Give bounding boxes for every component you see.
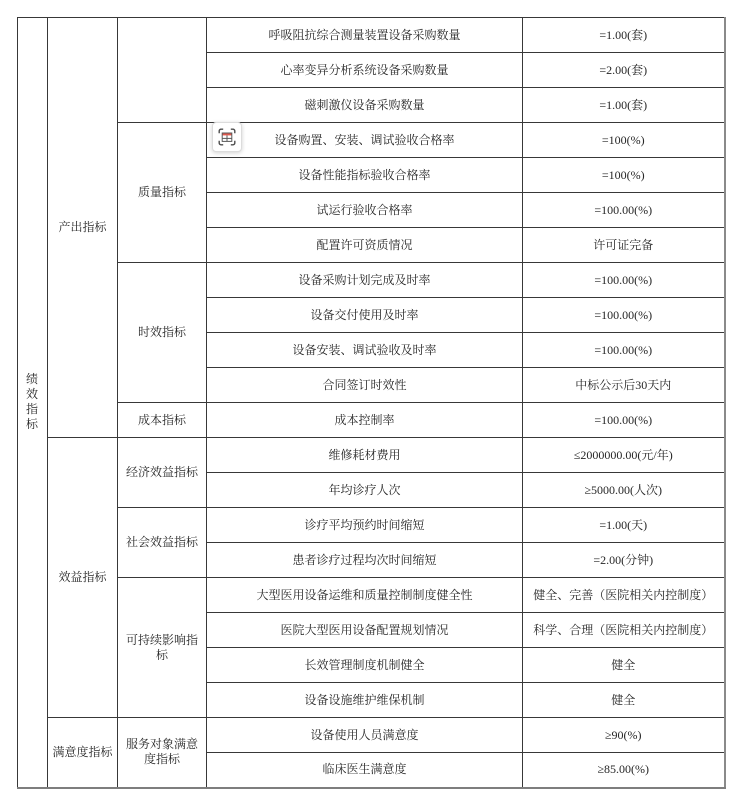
indicator-name-cell: 试运行验收合格率 xyxy=(207,193,523,228)
table-row: 满意度指标 服务对象满意度指标 设备使用人员满意度 ≥90(%) xyxy=(18,718,725,753)
level3-cell-quantity-empty xyxy=(118,18,207,123)
target-value-cell: =1.00(天) xyxy=(523,508,725,543)
indicator-name-cell: 医院大型医用设备配置规划情况 xyxy=(207,613,523,648)
target-value-cell: 科学、合理（医院相关内控制度） xyxy=(523,613,725,648)
indicator-name-cell: 设备购置、安装、调试验收合格率 xyxy=(207,123,523,158)
target-value-cell: 许可证完备 xyxy=(523,228,725,263)
level3-cell-timeliness: 时效指标 xyxy=(118,263,207,403)
table-row: 时效指标 设备采购计划完成及时率 =100.00(%) xyxy=(18,263,725,298)
level1-cell-performance: 绩效指标 xyxy=(18,18,48,788)
target-value-cell: =2.00(分钟) xyxy=(523,543,725,578)
indicator-name-cell: 设备设施维护维保机制 xyxy=(207,683,523,718)
target-value-cell: =100(%) xyxy=(523,158,725,193)
level3-cell-sustainability: 可持续影响指标 xyxy=(118,578,207,718)
table-row: 质量指标 设备购置、安装、调试验收合格率 =100(%) xyxy=(18,123,725,158)
target-value-cell: 健全 xyxy=(523,683,725,718)
target-value-cell: =100(%) xyxy=(523,123,725,158)
indicator-name-cell: 大型医用设备运维和质量控制制度健全性 xyxy=(207,578,523,613)
target-value-cell: =2.00(套) xyxy=(523,53,725,88)
table-row: 可持续影响指标 大型医用设备运维和质量控制制度健全性 健全、完善（医院相关内控制… xyxy=(18,578,725,613)
indicator-name-cell: 临床医生满意度 xyxy=(207,753,523,788)
indicator-name-cell: 设备交付使用及时率 xyxy=(207,298,523,333)
target-value-cell: ≥90(%) xyxy=(523,718,725,753)
indicator-name-cell: 维修耗材费用 xyxy=(207,438,523,473)
indicator-name-cell: 呼吸阻抗综合测量装置设备采购数量 xyxy=(207,18,523,53)
table-row: 社会效益指标 诊疗平均预约时间缩短 =1.00(天) xyxy=(18,508,725,543)
indicator-name-cell: 设备使用人员满意度 xyxy=(207,718,523,753)
indicator-name-cell: 诊疗平均预约时间缩短 xyxy=(207,508,523,543)
target-value-cell: =1.00(套) xyxy=(523,18,725,53)
level3-cell-quality: 质量指标 xyxy=(118,123,207,263)
indicator-name-cell: 成本控制率 xyxy=(207,403,523,438)
indicator-name-cell: 合同签订时效性 xyxy=(207,368,523,403)
target-value-cell: =100.00(%) xyxy=(523,193,725,228)
level2-cell-output: 产出指标 xyxy=(48,18,118,438)
target-value-cell: ≥85.00(%) xyxy=(523,753,725,788)
indicator-name-cell: 患者诊疗过程均次时间缩短 xyxy=(207,543,523,578)
table-capture-button[interactable] xyxy=(212,122,242,152)
performance-indicator-table: 绩效指标 产出指标 呼吸阻抗综合测量装置设备采购数量 =1.00(套) 心率变异… xyxy=(17,17,726,789)
indicator-name-cell: 心率变异分析系统设备采购数量 xyxy=(207,53,523,88)
indicator-name-cell: 长效管理制度机制健全 xyxy=(207,648,523,683)
target-value-cell: 健全、完善（医院相关内控制度） xyxy=(523,578,725,613)
level3-cell-social-benefit: 社会效益指标 xyxy=(118,508,207,578)
target-value-cell: ≤2000000.00(元/年) xyxy=(523,438,725,473)
level2-cell-benefit: 效益指标 xyxy=(48,438,118,718)
target-value-cell: 健全 xyxy=(523,648,725,683)
indicator-name-cell: 设备性能指标验收合格率 xyxy=(207,158,523,193)
target-value-cell: =100.00(%) xyxy=(523,403,725,438)
target-value-cell: 中标公示后30天内 xyxy=(523,368,725,403)
indicator-name-cell: 年均诊疗人次 xyxy=(207,473,523,508)
indicator-name-cell: 设备安装、调试验收及时率 xyxy=(207,333,523,368)
level3-cell-economic-benefit: 经济效益指标 xyxy=(118,438,207,508)
target-value-cell: ≥5000.00(人次) xyxy=(523,473,725,508)
table-row: 绩效指标 产出指标 呼吸阻抗综合测量装置设备采购数量 =1.00(套) xyxy=(18,18,725,53)
target-value-cell: =1.00(套) xyxy=(523,88,725,123)
pdf-page: 绩效指标 产出指标 呼吸阻抗综合测量装置设备采购数量 =1.00(套) 心率变异… xyxy=(0,0,734,807)
level3-cell-cost: 成本指标 xyxy=(118,403,207,438)
target-value-cell: =100.00(%) xyxy=(523,333,725,368)
table-capture-icon xyxy=(218,128,236,146)
table-row: 成本指标 成本控制率 =100.00(%) xyxy=(18,403,725,438)
indicator-name-cell: 设备采购计划完成及时率 xyxy=(207,263,523,298)
indicator-name-cell: 配置许可资质情况 xyxy=(207,228,523,263)
indicator-name-cell: 磁刺激仪设备采购数量 xyxy=(207,88,523,123)
table-row: 效益指标 经济效益指标 维修耗材费用 ≤2000000.00(元/年) xyxy=(18,438,725,473)
target-value-cell: =100.00(%) xyxy=(523,298,725,333)
target-value-cell: =100.00(%) xyxy=(523,263,725,298)
level2-cell-satisfaction: 满意度指标 xyxy=(48,718,118,788)
level3-cell-service-satisfaction: 服务对象满意度指标 xyxy=(118,718,207,788)
